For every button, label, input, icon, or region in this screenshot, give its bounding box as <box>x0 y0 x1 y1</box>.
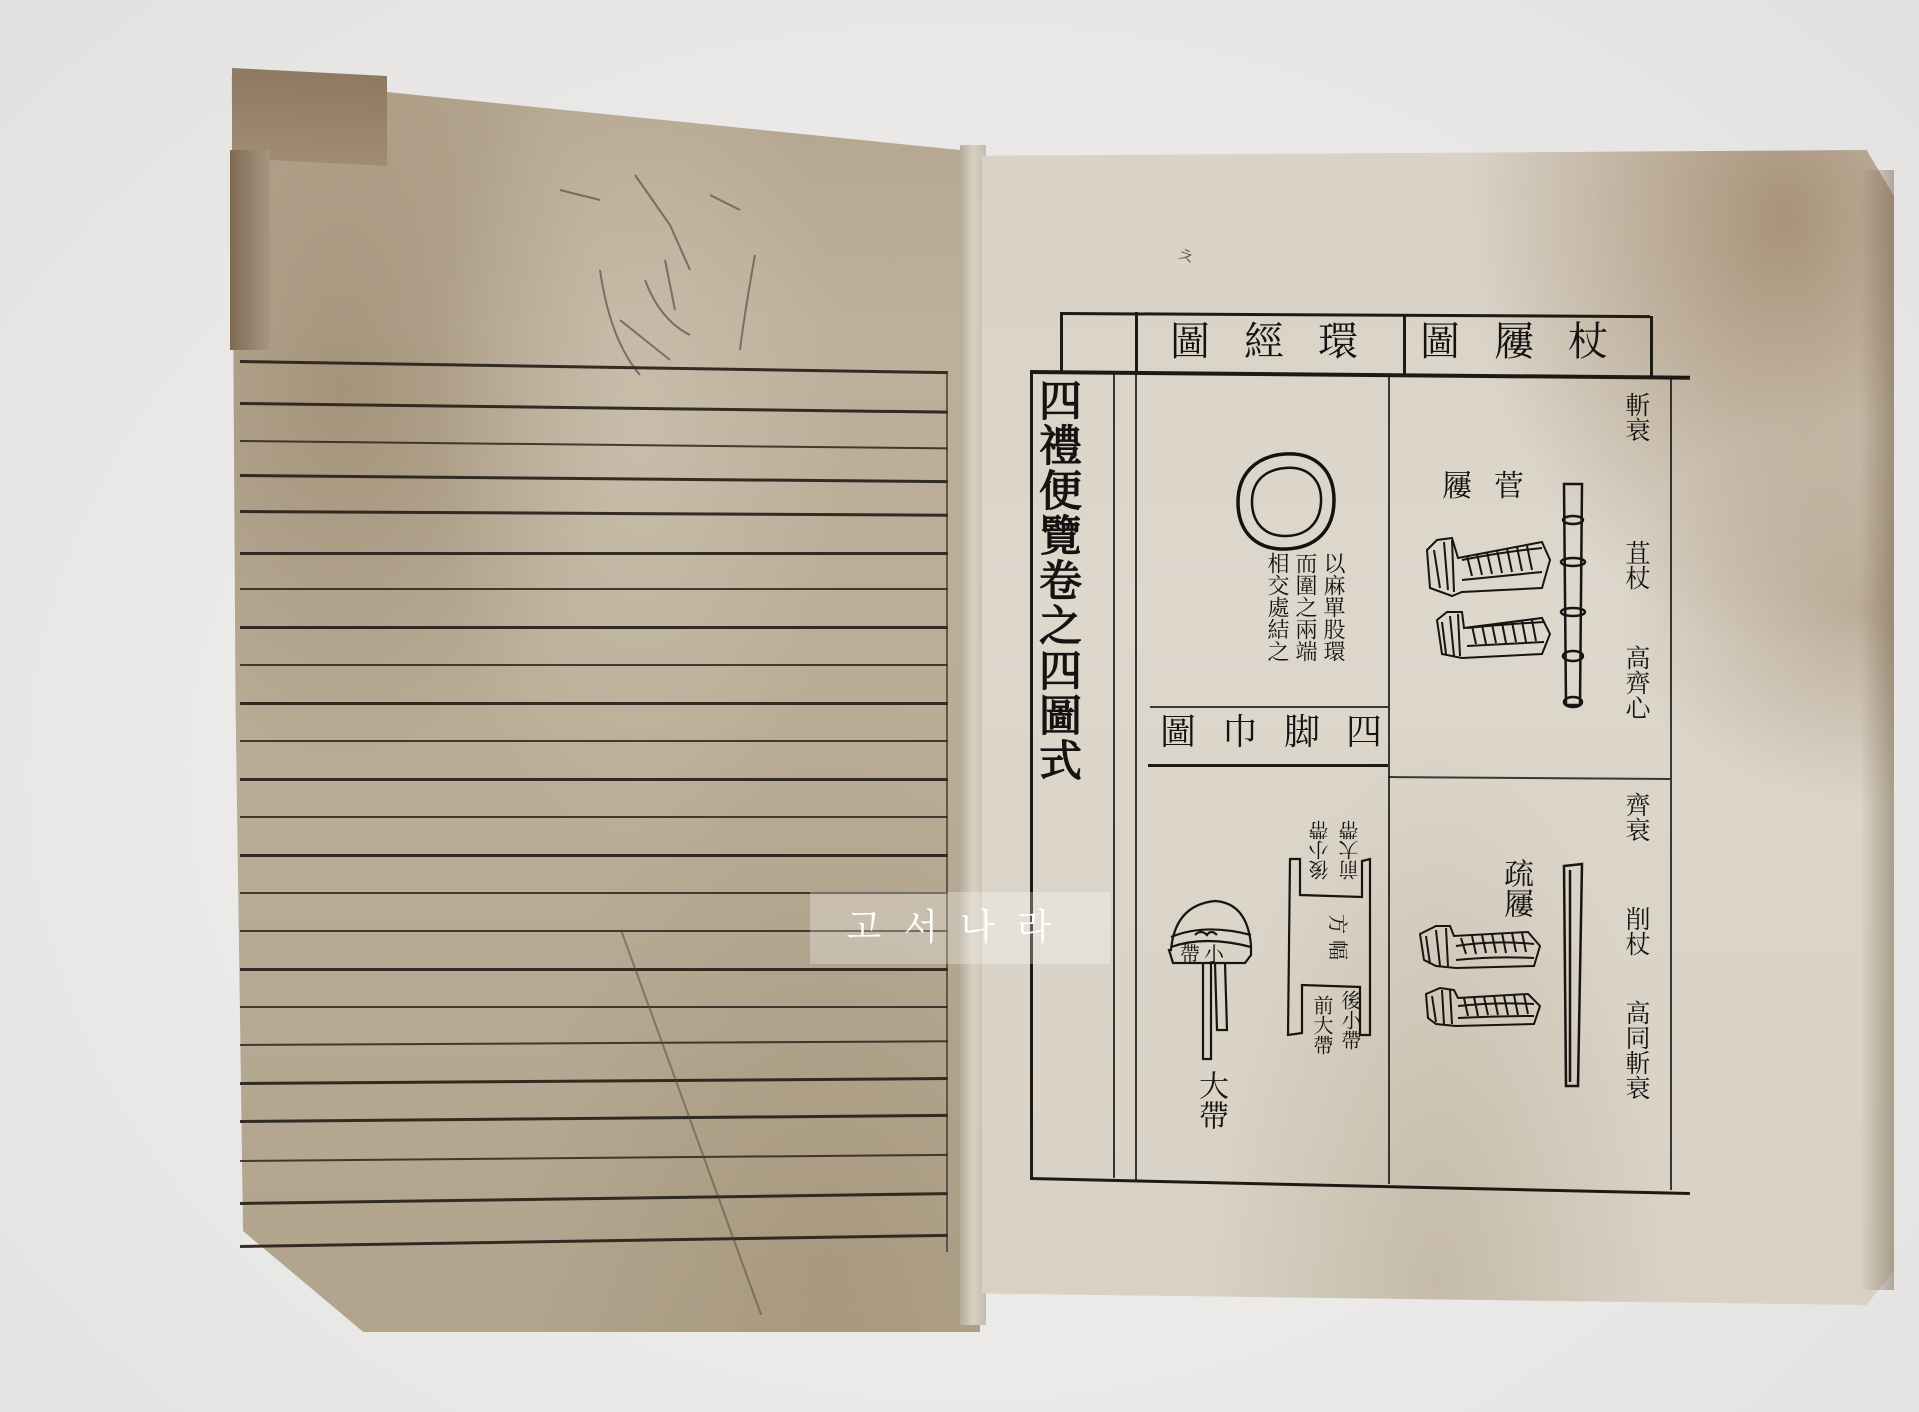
page-edge-stain <box>1860 170 1894 1290</box>
ring-note-line: 相交處結之 <box>1265 552 1287 712</box>
cloth-top-label-inverted: 後小帶 <box>1310 820 1330 880</box>
four-leg-hat-title: 圖巾脚四 <box>1160 715 1408 751</box>
ring-note: 以麻單股環 而圍之兩端 相交處結之 <box>1265 552 1343 712</box>
volume-title: 四禮便覽卷之四圖式 <box>1035 378 1078 783</box>
straw-shoes-drawing <box>1422 530 1552 670</box>
hat-drawing <box>1165 895 1255 1070</box>
pencil-scribble <box>540 150 840 380</box>
ring-note-line: 以麻單股環 <box>1321 552 1343 712</box>
cloth-center-label: 方幅 <box>1328 914 1348 966</box>
cloth-bottom-label: 前大帶 <box>1312 995 1332 1055</box>
ring-note-line: 而圍之兩端 <box>1293 552 1315 712</box>
bamboo-staff-drawing <box>1556 480 1590 710</box>
mourning-grade-label: 斬衰 <box>1624 392 1649 442</box>
shoe-label: 疏屨 <box>1500 858 1530 918</box>
coarse-shoes-drawing <box>1416 920 1546 1040</box>
big-band-label: 大帶 <box>1195 1070 1225 1130</box>
cloth-top-label-inverted: 前大帶 <box>1340 820 1360 880</box>
staff-height-note: 高齊心 <box>1624 645 1649 720</box>
staff-height-note: 高同斬衰 <box>1624 1000 1649 1100</box>
ruling-border <box>946 372 948 1252</box>
staff-shoe-diagram-title: 圖屨杖 <box>1420 322 1660 362</box>
watermark: 고서나라 <box>810 892 1110 964</box>
staff-label: 苴杖 <box>1624 540 1649 590</box>
ruled-lines <box>240 360 948 1260</box>
cloth-bottom-label: 後小帶 <box>1340 990 1360 1050</box>
left-cover-flap <box>230 150 270 350</box>
ring-diagram-title: 圖經環 <box>1170 322 1400 362</box>
cut-staff-drawing <box>1556 862 1590 1092</box>
staff-label: 削杖 <box>1624 906 1649 956</box>
ring-drawing <box>1230 448 1340 558</box>
shoe-label: 菅屨 <box>1442 472 1546 502</box>
small-band-label: 小帶 <box>1180 944 1228 964</box>
mourning-grade-label: 齊衰 <box>1624 792 1649 842</box>
